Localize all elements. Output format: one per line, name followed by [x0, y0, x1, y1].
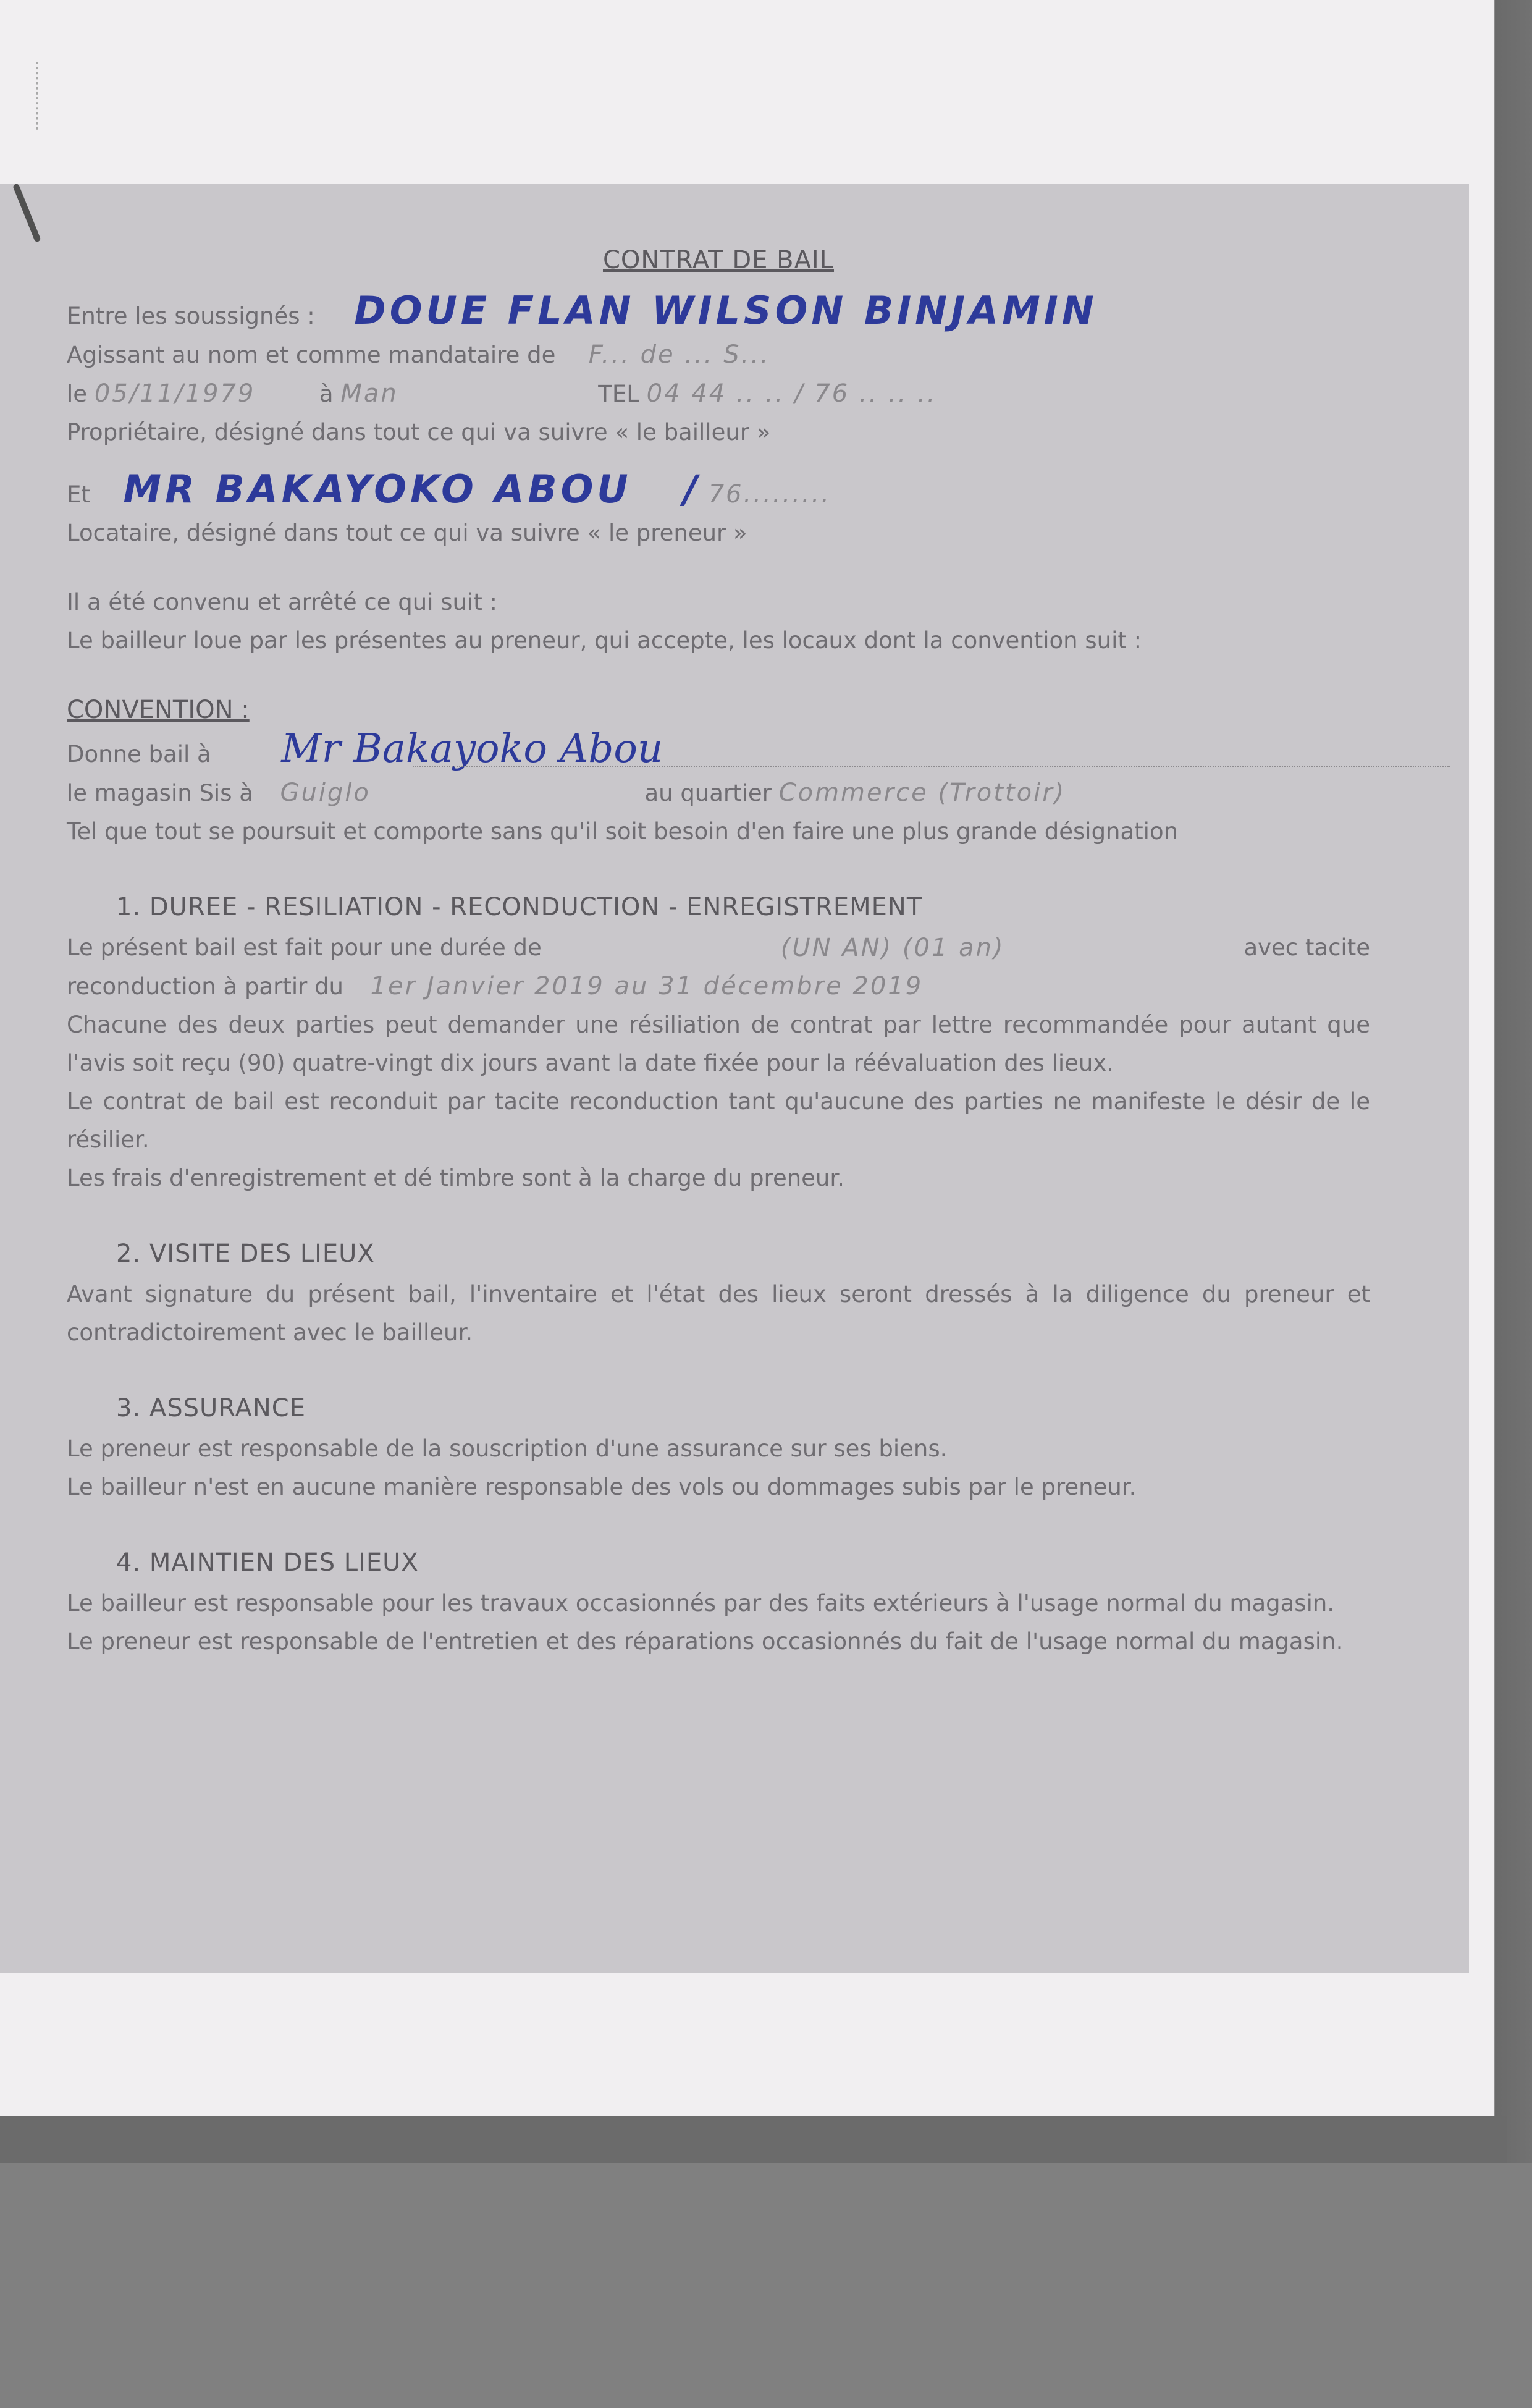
birth-place-handwritten: Man [340, 379, 398, 408]
section-1-heading: 1. DUREE - RESILIATION - RECONDUCTION - … [67, 888, 1370, 926]
donne-value-signature: Mr Bakayoko Abou [281, 726, 663, 772]
magasin-value-handwritten: Guiglo [280, 779, 370, 807]
le-label: le [67, 381, 87, 407]
quartier-label: au quartier [644, 780, 771, 806]
section-4-paragraph: Le bailleur est responsable pour les tra… [67, 1584, 1370, 1623]
section-3-paragraph: Le preneur est responsable de la souscri… [67, 1430, 1370, 1468]
donne-dotted-line [413, 766, 1450, 767]
reconduction-prefix: reconduction à partir du [67, 973, 343, 1000]
section-1-paragraph: Les frais d'enregistrement et dé timbre … [67, 1159, 1370, 1198]
section-1-paragraph: Chacune des deux parties peut demander u… [67, 1006, 1370, 1083]
duree-value-handwritten: (UN AN) (01 an) [781, 929, 1005, 967]
section-3-paragraph: Le bailleur n'est en aucune manière resp… [67, 1468, 1370, 1506]
bailleur-line: Entre les soussignés : DOUE FLAN WILSON … [67, 292, 1370, 336]
preneur-extra-handwritten: 76......... [709, 480, 831, 509]
convention-heading: CONVENTION : [67, 696, 250, 724]
lease-contract: CONTRAT DE BAIL Entre les soussignés : D… [67, 241, 1370, 1661]
preneur-separator: / [683, 467, 701, 512]
entre-label: Entre les soussignés : [67, 303, 315, 329]
duree-line: Le présent bail est fait pour une durée … [67, 929, 1370, 967]
section-2-paragraph: Avant signature du présent bail, l'inven… [67, 1275, 1370, 1352]
document-title: CONTRAT DE BAIL [67, 241, 1370, 279]
section-4-paragraph: Le preneur est responsable de l'entretie… [67, 1623, 1370, 1661]
birth-tel-line: le 05/11/1979 à Man TEL 04 44 .. .. / 76… [67, 374, 1370, 413]
donne-bail-line: Donne bail à Mr Bakayoko Abou [67, 730, 1370, 774]
duree-suffix: avec tacite [1244, 929, 1370, 967]
reconduction-line: reconduction à partir du 1er Janvier 201… [67, 967, 1370, 1006]
a-label: à [319, 381, 334, 407]
convention-heading-line: CONVENTION : [67, 691, 1370, 730]
tel-label: TEL [598, 381, 639, 407]
bailleur-name-handwritten: DOUE FLAN WILSON BINJAMIN [354, 288, 1098, 333]
section-3-heading: 3. ASSURANCE [67, 1389, 1370, 1427]
locataire-line: Locataire, désigné dans tout ce qui va s… [67, 514, 1370, 552]
reconduction-value-handwritten: 1er Janvier 2019 au 31 décembre 2019 [371, 972, 924, 1000]
section-4-heading: 4. MAINTIEN DES LIEUX [67, 1544, 1370, 1582]
staple-hole-mark-icon [36, 62, 49, 130]
convention-text: Tel que tout se poursuit et comporte san… [67, 813, 1370, 851]
magasin-label: le magasin Sis à [67, 780, 253, 806]
sheet-bottom-edge-shadow [0, 2116, 1507, 2163]
duree-prefix: Le présent bail est fait pour une durée … [67, 929, 542, 967]
quartier-value-handwritten: Commerce (Trottoir) [779, 779, 1066, 807]
et-label: Et [67, 481, 90, 508]
agissant-value-handwritten: F... de ... S... [589, 340, 770, 369]
magasin-line: le magasin Sis à Guiglo au quartier Comm… [67, 774, 1370, 813]
intro-line-1: Il a été convenu et arrêté ce qui suit : [67, 583, 1370, 622]
tel-value-handwritten: 04 44 .. .. / 76 .. .. .. [647, 379, 937, 408]
sheet-right-edge-shadow [1470, 0, 1532, 2163]
preneur-line: Et MR BAKAYOKO ABOU / 76......... [67, 470, 1370, 514]
intro-line-2: Le bailleur loue par les présentes au pr… [67, 622, 1370, 660]
agissant-label: Agissant au nom et comme mandataire de [67, 342, 555, 368]
donne-label: Donne bail à [67, 741, 211, 767]
section-1-paragraph: Le contrat de bail est reconduit par tac… [67, 1083, 1370, 1159]
proprietaire-line: Propriétaire, désigné dans tout ce qui v… [67, 413, 1370, 452]
birth-date-handwritten: 05/11/1979 [95, 379, 256, 408]
preneur-name-handwritten: MR BAKAYOKO ABOU [123, 467, 631, 512]
agissant-line: Agissant au nom et comme mandataire de F… [67, 336, 1370, 374]
section-2-heading: 2. VISITE DES LIEUX [67, 1235, 1370, 1273]
